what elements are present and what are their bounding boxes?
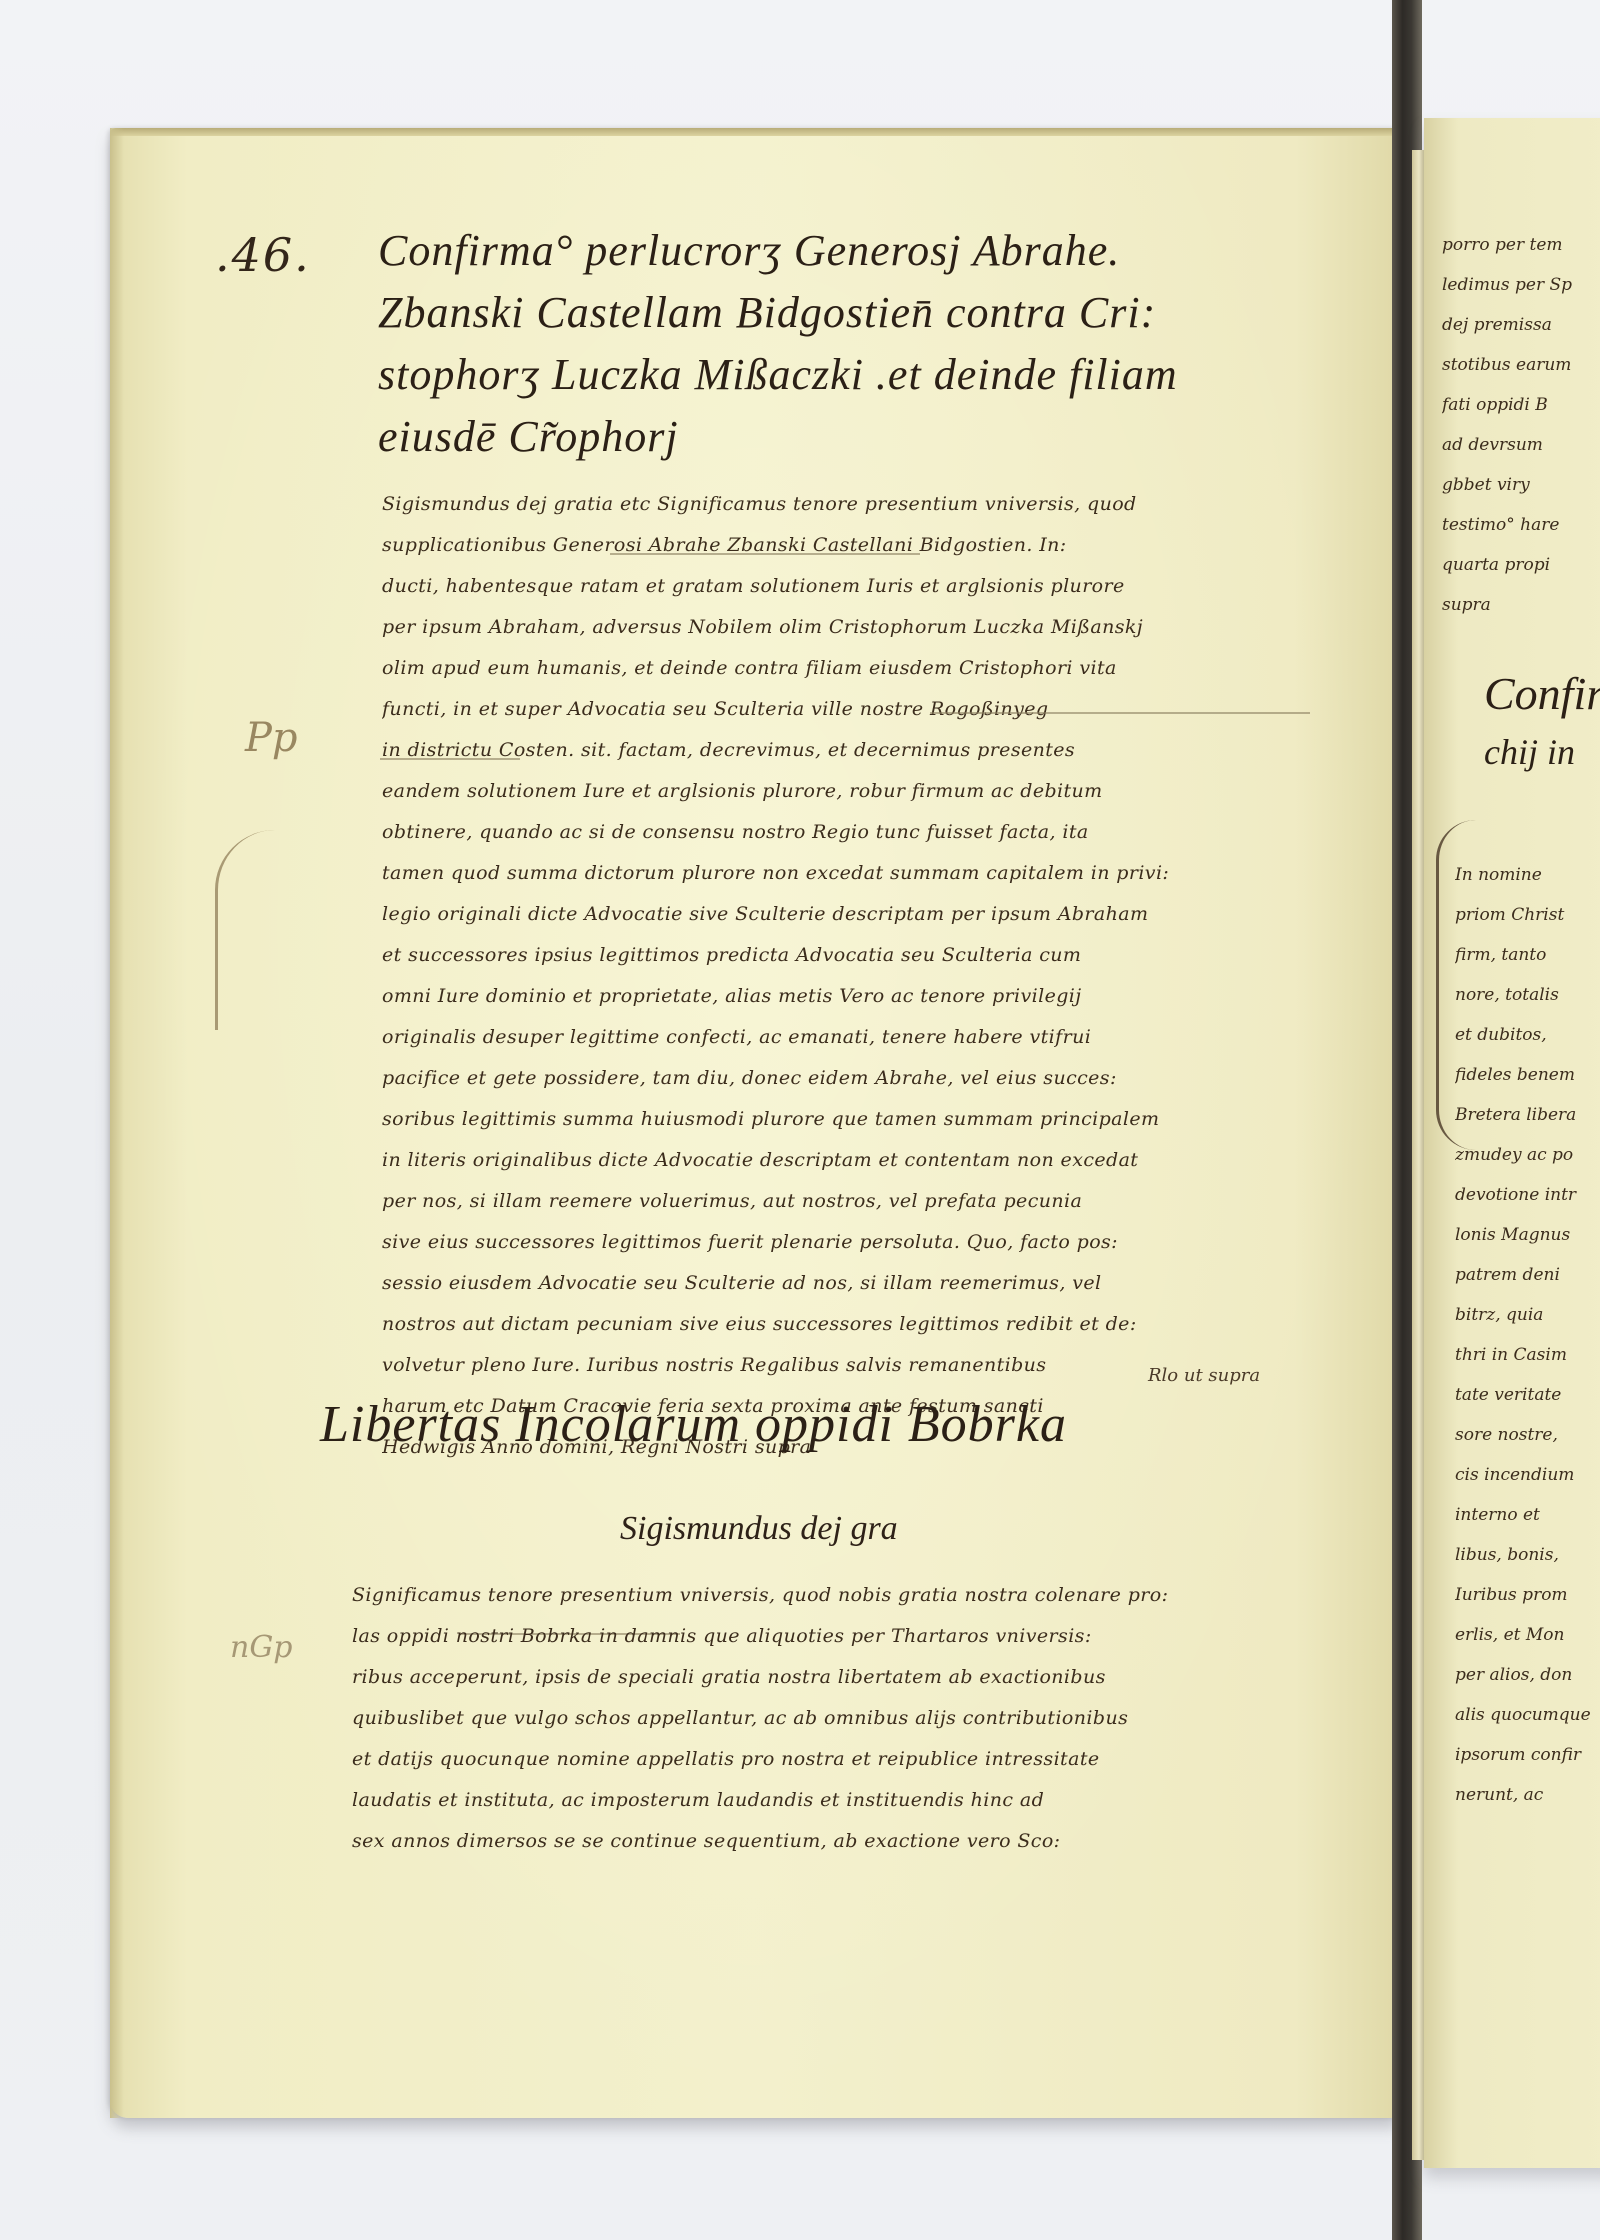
- text-line: lonis Magnus: [1455, 1215, 1600, 1255]
- text-line: cis incendium: [1455, 1455, 1600, 1495]
- text-line: Iuribus prom: [1455, 1575, 1600, 1615]
- text-line: Sigismundus dej gratia etc Significamus …: [382, 484, 1332, 525]
- right-page-body-text: In nomine priom Christ firm, tanto nore,…: [1455, 855, 1600, 1815]
- text-line: tamen quod summa dictorum plurore non ex…: [382, 853, 1332, 894]
- text-line: ipsorum confir: [1455, 1735, 1600, 1775]
- entry2-body: Significamus tenore presentium vniversis…: [352, 1575, 1342, 1862]
- supra-note: Rlo ut supra: [1148, 1365, 1260, 1386]
- text-line: in literis originalibus dicte Advocatie …: [382, 1140, 1332, 1181]
- text-line: devotione intr: [1455, 1175, 1600, 1215]
- text-line: et successores ipsius legittimos predict…: [382, 935, 1332, 976]
- text-line: sex annos dimersos se se continue sequen…: [352, 1821, 1342, 1862]
- text-line: Bretera libera: [1455, 1095, 1600, 1135]
- text-line: firm, tanto: [1455, 935, 1600, 975]
- right-title-line: chij in: [1484, 723, 1600, 781]
- text-line: bitrz, quia: [1455, 1295, 1600, 1335]
- text-line: las oppidi nostri Bobrka in damnis que a…: [352, 1616, 1342, 1657]
- text-line: erlis, et Mon: [1455, 1615, 1600, 1655]
- right-page-top-text: porro per tem ledimus per Sp dej premiss…: [1442, 225, 1600, 625]
- text-line: fideles benem: [1455, 1055, 1600, 1095]
- entry1-title-line: stophorʒ Luczka Mißaczki .et deinde fili…: [378, 344, 1178, 406]
- text-line: legio originali dicte Advocatie sive Scu…: [382, 894, 1332, 935]
- text-line: supra: [1442, 585, 1600, 625]
- text-line: quarta propi: [1442, 545, 1600, 585]
- text-line: nore, totalis: [1455, 975, 1600, 1015]
- text-line: et datijs quocunque nomine appellatis pr…: [352, 1739, 1342, 1780]
- text-line: ledimus per Sp: [1442, 265, 1600, 305]
- text-line: quibuslibet que vulgo schos appellantur,…: [352, 1698, 1342, 1739]
- margin-flourish-icon: [215, 830, 278, 1030]
- entry1-title-line: Zbanski Castellam Bidgostien̄ contra Cri…: [378, 282, 1178, 344]
- right-page-title: Confirm chij in: [1484, 665, 1600, 781]
- entry1-title-line: eiusdē Cr̃ophorj: [378, 406, 1178, 468]
- text-line: olim apud eum humanis, et deinde contra …: [382, 648, 1332, 689]
- margin-note-lower: nGp: [230, 1630, 293, 1665]
- text-line: per ipsum Abraham, adversus Nobilem olim…: [382, 607, 1332, 648]
- text-line: thri in Casim: [1455, 1335, 1600, 1375]
- text-line: ducti, habentesque ratam et gratam solut…: [382, 566, 1332, 607]
- text-line: tate veritate: [1455, 1375, 1600, 1415]
- text-line: porro per tem: [1442, 225, 1600, 265]
- text-line: per nos, si illam reemere voluerimus, au…: [382, 1181, 1332, 1222]
- text-line: pacifice et gete possidere, tam diu, don…: [382, 1058, 1332, 1099]
- entry1-title-line: Confirma° perlucrorʒ Generosj Abrahe.: [378, 220, 1178, 282]
- underline-mark: [930, 712, 1310, 714]
- text-line: dej premissa: [1442, 305, 1600, 345]
- entry2-opening: Sigismundus dej gra: [620, 1510, 898, 1548]
- text-line: stotibus earum: [1442, 345, 1600, 385]
- text-line: nostros aut dictam pecuniam sive eius su…: [382, 1304, 1332, 1345]
- text-line: obtinere, quando ac si de consensu nostr…: [382, 812, 1332, 853]
- text-line: et dubitos,: [1455, 1015, 1600, 1055]
- text-line: interno et: [1455, 1495, 1600, 1535]
- text-line: ribus acceperunt, ipsis de speciali grat…: [352, 1657, 1342, 1698]
- underline-mark: [380, 758, 520, 760]
- text-line: patrem deni: [1455, 1255, 1600, 1295]
- text-line: originalis desuper legittime confecti, a…: [382, 1017, 1332, 1058]
- text-line: gbbet viry: [1442, 465, 1600, 505]
- text-line: soribus legittimis summa huiusmodi pluro…: [382, 1099, 1332, 1140]
- text-line: In nomine: [1455, 855, 1600, 895]
- text-line: sive eius successores legittimos fuerit …: [382, 1222, 1332, 1263]
- text-line: functi, in et super Advocatia seu Sculte…: [382, 689, 1332, 730]
- right-title-line: Confirm: [1484, 665, 1600, 723]
- text-line: libus, bonis,: [1455, 1535, 1600, 1575]
- text-line: alis quocumque: [1455, 1695, 1600, 1735]
- folio-number: .46.: [215, 228, 311, 282]
- margin-note-paraph: Pp: [245, 715, 298, 761]
- entry1-body: Sigismundus dej gratia etc Significamus …: [382, 484, 1332, 1468]
- text-line: testimo° hare: [1442, 505, 1600, 545]
- entry1-title: Confirma° perlucrorʒ Generosj Abrahe. Zb…: [378, 220, 1178, 468]
- text-line: laudatis et instituta, ac imposterum lau…: [352, 1780, 1342, 1821]
- text-line: omni Iure dominio et proprietate, alias …: [382, 976, 1332, 1017]
- text-line: fati oppidi B: [1442, 385, 1600, 425]
- text-line: zmudey ac po: [1455, 1135, 1600, 1175]
- text-line: eandem solutionem Iure et arglsionis plu…: [382, 771, 1332, 812]
- text-line: priom Christ: [1455, 895, 1600, 935]
- text-line: in districtu Costen. sit. factam, decrev…: [382, 730, 1332, 771]
- text-line: sore nostre,: [1455, 1415, 1600, 1455]
- text-line: nerunt, ac: [1455, 1775, 1600, 1815]
- underline-mark: [610, 553, 920, 555]
- text-line: Significamus tenore presentium vniversis…: [352, 1575, 1342, 1616]
- text-line: supplicationibus Generosi Abrahe Zbanski…: [382, 525, 1332, 566]
- entry2-title: Libertas Incolarum oppidi Bobrka: [320, 1395, 1067, 1454]
- text-line: ad devrsum: [1442, 425, 1600, 465]
- text-line: sessio eiusdem Advocatie seu Sculterie a…: [382, 1263, 1332, 1304]
- text-line: per alios, don: [1455, 1655, 1600, 1695]
